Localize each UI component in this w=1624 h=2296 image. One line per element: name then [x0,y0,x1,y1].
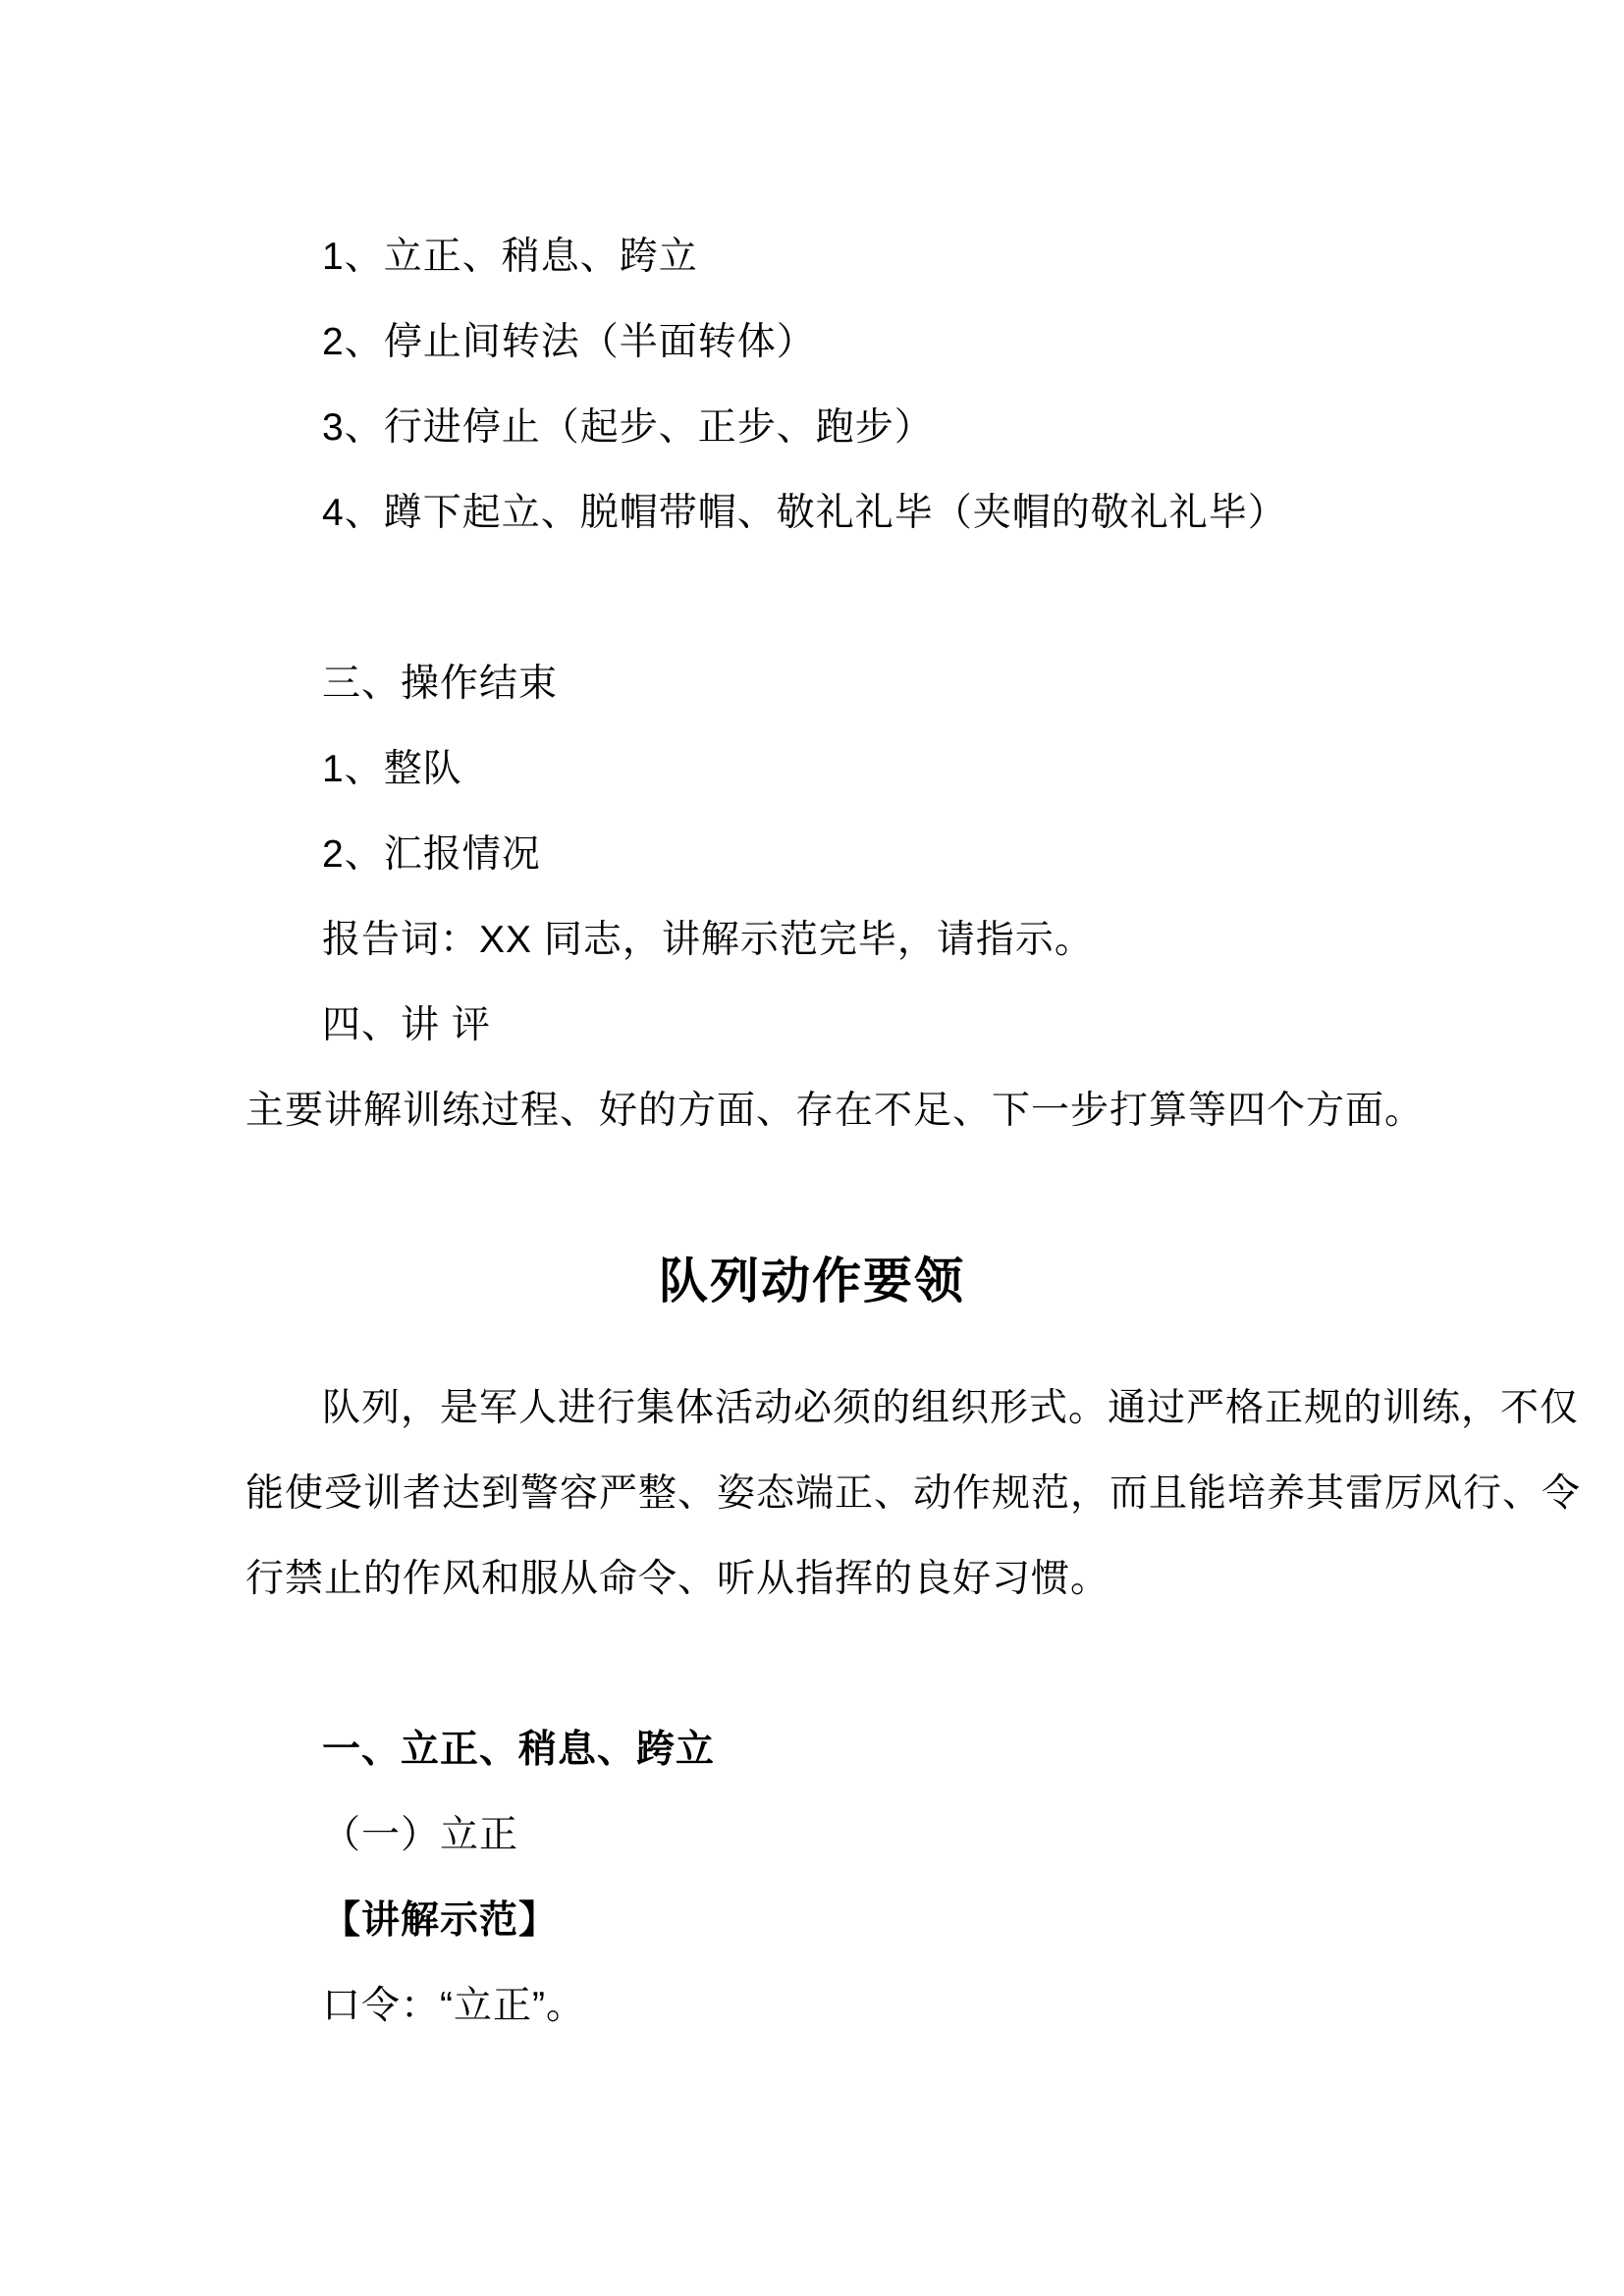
blank-line [245,556,1379,641]
report-line: 报告词：XX 同志，讲解示范完毕，请指示。 [245,897,1379,983]
demo-list-item-4: 4、蹲下起立、脱帽带帽、敬礼礼毕（夹帽的敬礼礼毕） [245,470,1379,556]
section-three-heading: 三、操作结束 [245,641,1379,726]
section-four-heading: 四、讲 评 [245,983,1379,1068]
blank-line [245,1153,1379,1239]
demo-list-item-3: 3、行进停止（起步、正步、跑步） [245,385,1379,470]
document-page: 1、立正、稍息、跨立 2、停止间转法（半面转体） 3、行进停止（起步、正步、跑步… [0,0,1624,2296]
item-heading: （一）立正 [245,1792,1379,1878]
blank-line [245,1622,1379,1707]
intro-line-1: 队列，是军人进行集体活动必须的组织形式。通过严格正规的训练，不仅 [245,1365,1379,1451]
section-three-item-1: 1、整队 [245,726,1379,812]
chapter-title: 队列动作要领 [245,1239,1379,1324]
demo-heading: 【讲解示范】 [245,1878,1379,1963]
demo-list-item-2: 2、停止间转法（半面转体） [245,299,1379,385]
chapter-intro: 队列，是军人进行集体活动必须的组织形式。通过严格正规的训练，不仅 能使受训者达到… [245,1365,1379,1622]
section-three-item-2: 2、汇报情况 [245,812,1379,897]
section-four-body: 主要讲解训练过程、好的方面、存在不足、下一步打算等四个方面。 [245,1068,1379,1153]
intro-line-3: 行禁止的作风和服从命令、听从指挥的良好习惯。 [245,1536,1379,1622]
intro-line-2: 能使受训者达到警容严整、姿态端正、动作规范，而且能培养其雷厉风行、令 [245,1451,1379,1536]
demo-list-item-1: 1、立正、稍息、跨立 [245,214,1379,299]
document-content: 1、立正、稍息、跨立 2、停止间转法（半面转体） 3、行进停止（起步、正步、跑步… [245,214,1379,2049]
command-line: 口令：“立正”。 [245,1963,1379,2049]
subsection-heading: 一、立正、稍息、跨立 [245,1707,1379,1792]
